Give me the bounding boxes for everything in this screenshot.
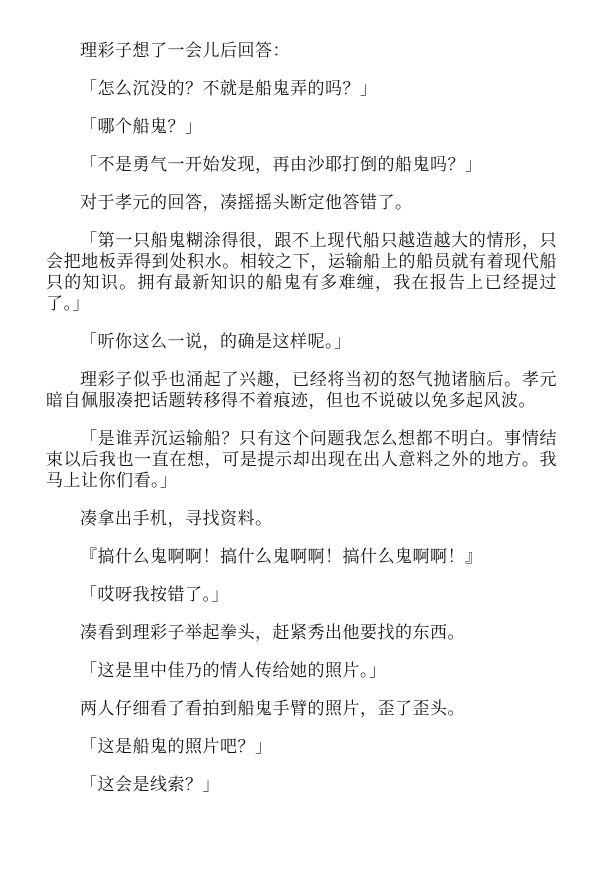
paragraph-phone-sound: 『搞什么鬼啊啊！搞什么鬼啊啊！搞什么鬼啊啊！』	[46, 546, 557, 567]
paragraph-narration: 理彩子想了一会儿后回答：	[46, 40, 557, 61]
paragraph-dialogue: 「这是里中佳乃的情人传给她的照片。」	[46, 660, 557, 681]
paragraph-dialogue: 「是谁弄沉运输船？只有这个问题我怎么想都不明白。事情结束以后我也一直在想，可是提…	[46, 428, 557, 491]
paragraph-narration: 凑拿出手机，寻找资料。	[46, 508, 557, 529]
paragraph-dialogue: 「哪个船鬼？」	[46, 116, 557, 137]
paragraph-narration: 凑看到理彩子举起拳头，赶紧秀出他要找的东西。	[46, 622, 557, 643]
novel-text-block: 理彩子想了一会儿后回答： 「怎么沉没的？不就是船鬼弄的吗？」 「哪个船鬼？」 「…	[46, 40, 557, 812]
paragraph-narration: 对于孝元的回答，凑摇摇头断定他答错了。	[46, 192, 557, 213]
paragraph-dialogue: 「听你这么一说，的确是这样呢。」	[46, 331, 557, 352]
paragraph-dialogue: 「怎么沉没的？不就是船鬼弄的吗？」	[46, 78, 557, 99]
paragraph-dialogue: 「这会是线索？」	[46, 774, 557, 795]
paragraph-narration: 理彩子似乎也涌起了兴趣，已经将当初的怒气抛诸脑后。孝元暗自佩服凑把话题转移得不着…	[46, 369, 557, 411]
paragraph-dialogue: 「这是船鬼的照片吧？」	[46, 736, 557, 757]
paragraph-narration: 两人仔细看了看拍到船鬼手臂的照片，歪了歪头。	[46, 698, 557, 719]
paragraph-dialogue: 「第一只船鬼糊涂得很，跟不上现代船只越造越大的情形，只会把地板弄得到处积水。相较…	[46, 230, 557, 314]
paragraph-dialogue: 「不是勇气一开始发现，再由沙耶打倒的船鬼吗？」	[46, 154, 557, 175]
paragraph-dialogue: 「哎呀我按错了。」	[46, 584, 557, 605]
ebook-page: 理彩子想了一会儿后回答： 「怎么沉没的？不就是船鬼弄的吗？」 「哪个船鬼？」 「…	[0, 0, 613, 869]
